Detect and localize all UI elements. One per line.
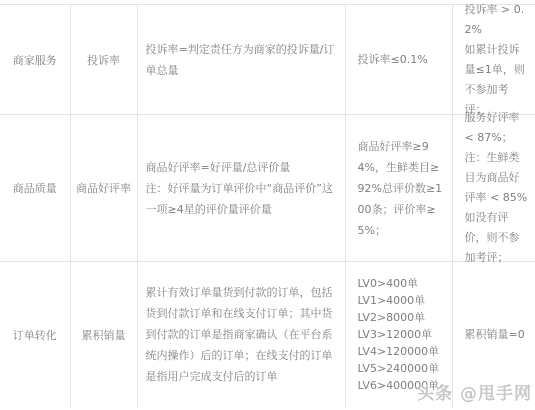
notes-text: 累积销量=0 <box>465 325 531 345</box>
table-row-merchant-service: 商家服务 投诉率 投诉率=判定责任方为商家的投诉量/订单总量 投诉率≤0.1% … <box>0 5 535 115</box>
notes-text: 如没有评价，则不参加考评； <box>465 208 531 268</box>
metric-label: 商品好评率 <box>76 182 131 195</box>
cell-category: 订单转化 <box>0 262 70 408</box>
level-text: LV3>12000单 <box>358 326 446 343</box>
criteria-text: 投诉率≤0.1% <box>358 49 446 70</box>
notes-text: 服务好评率 < 87%； <box>465 108 531 148</box>
cell-metric: 投诉率 <box>70 5 137 115</box>
level-text: LV4>120000单 <box>358 343 446 360</box>
description-text: 商品好评率=好评量/总评价量 <box>146 157 337 178</box>
notes-text: 注：生鲜类目为商品好评率 < 85% <box>465 148 531 208</box>
cell-notes: 投诉率 > 0.2% 如累计投诉量≤1单，则不参加考评； <box>452 5 535 115</box>
cell-criteria: 投诉率≤0.1% <box>345 5 452 115</box>
notes-text: 投诉率 > 0.2% <box>465 4 531 40</box>
level-text: LV2>8000单 <box>358 309 446 326</box>
description-text: 投诉率=判定责任方为商家的投诉量/订单总量 <box>146 39 337 81</box>
category-label: 商品质量 <box>13 182 57 195</box>
level-text: LV0>400单 <box>358 275 446 292</box>
metrics-table-container: 商家服务 投诉率 投诉率=判定责任方为商家的投诉量/订单总量 投诉率≤0.1% … <box>0 4 535 410</box>
cell-criteria: 商品好评率≥94%，生鲜类目≥92%总评价数≥100条；评价率≥5%； <box>345 115 452 262</box>
cell-description: 商品好评率=好评量/总评价量 注：好评量为订单评价中“商品评价”这一项≥4星的评… <box>137 115 345 262</box>
notes-block: 投诉率 > 0.2% 如累计投诉量≤1单，则不参加考评； <box>465 4 531 120</box>
cell-metric: 商品好评率 <box>70 115 137 262</box>
cell-description: 投诉率=判定责任方为商家的投诉量/订单总量 <box>137 5 345 115</box>
level-text: LV1>4000单 <box>358 292 446 309</box>
cell-metric: 累积销量 <box>70 262 137 408</box>
description-text: 累计有效订单量货到付款的订单，包括货到付款订单和在线支付订单；其中货到付款的订单… <box>146 282 337 387</box>
category-label: 商家服务 <box>13 54 57 67</box>
cell-notes: 服务好评率 < 87%； 注：生鲜类目为商品好评率 < 85% 如没有评价，则不… <box>452 115 535 262</box>
notes-block: 累积销量=0 <box>465 325 531 345</box>
description-text: 注：好评量为订单评价中“商品评价”这一项≥4星的评价量评价量 <box>146 178 337 220</box>
page: { "page": { "background": "#ffffff", "bo… <box>0 0 535 410</box>
metric-label: 累积销量 <box>82 329 126 342</box>
table-row-product-quality: 商品质量 商品好评率 商品好评率=好评量/总评价量 注：好评量为订单评价中“商品… <box>0 115 535 262</box>
watermark-toutiao-shuaishou: 头条 @甩手网 <box>417 379 532 404</box>
level-text: LV5>240000单 <box>358 360 446 377</box>
cell-category: 商品质量 <box>0 115 70 262</box>
notes-block: 服务好评率 < 87%； 注：生鲜类目为商品好评率 < 85% 如没有评价，则不… <box>465 108 531 268</box>
cell-description: 累计有效订单量货到付款的订单，包括货到付款订单和在线支付订单；其中货到付款的订单… <box>137 262 345 408</box>
cell-category: 商家服务 <box>0 5 70 115</box>
metrics-table: 商家服务 投诉率 投诉率=判定责任方为商家的投诉量/订单总量 投诉率≤0.1% … <box>0 4 535 408</box>
metric-label: 投诉率 <box>87 54 120 67</box>
category-label: 订单转化 <box>13 329 57 342</box>
criteria-text: 商品好评率≥94%，生鲜类目≥92%总评价数≥100条；评价率≥5%； <box>358 136 446 241</box>
